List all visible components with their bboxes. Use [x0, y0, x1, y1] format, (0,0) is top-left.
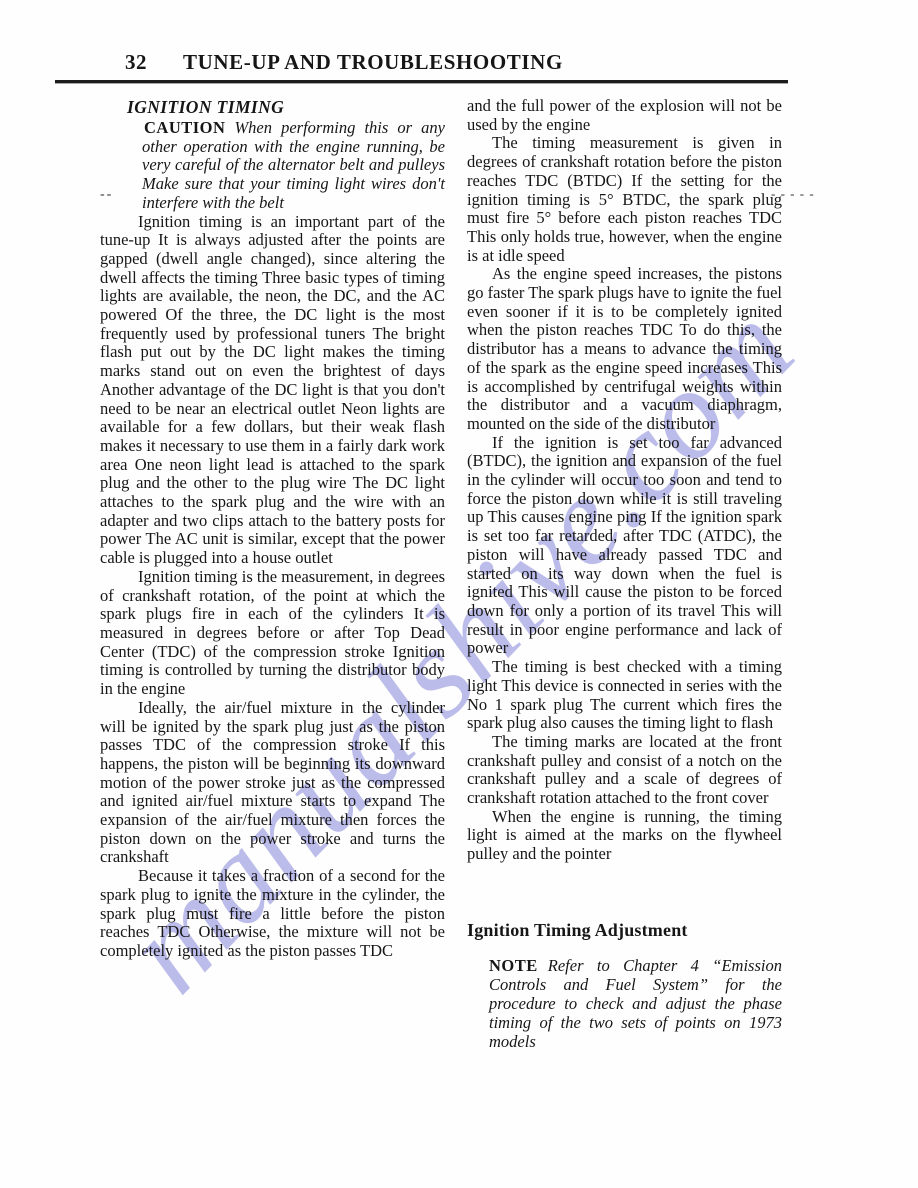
caution-note: CAUTIONWhen performing this or any other… [142, 119, 445, 213]
page-number: 32 [125, 50, 147, 75]
paragraph: Ignition timing is an important part of … [100, 213, 445, 568]
right-column: and the full power of the explosion will… [467, 97, 782, 1051]
chapter-title: TUNE-UP AND TROUBLESHOOTING [183, 50, 563, 75]
paragraph: As the engine speed increases, the pisto… [467, 265, 782, 433]
paragraph: The timing is best checked with a timing… [467, 658, 782, 733]
adjustment-heading: Ignition Timing Adjustment [467, 920, 782, 941]
header-rule [55, 80, 788, 83]
paragraph: Ignition timing is the measurement, in d… [100, 568, 445, 699]
left-column: IGNITION TIMING CAUTIONWhen performing t… [100, 97, 445, 1051]
note-block: NOTERefer to Chapter 4 “Emission Control… [489, 956, 782, 1051]
paragraph: Ideally, the air/fuel mixture in the cyl… [100, 699, 445, 867]
paragraph: If the ignition is set too far advanced … [467, 434, 782, 658]
paragraph: The timing measurement is given in degre… [467, 134, 782, 265]
paragraph: Because it takes a fraction of a second … [100, 867, 445, 961]
two-column-text: IGNITION TIMING CAUTIONWhen performing t… [100, 97, 782, 1051]
paragraph: and the full power of the explosion will… [467, 97, 782, 134]
manual-page: manualshive.com 32 TUNE-UP AND TROUBLESH… [0, 0, 918, 1188]
note-label: NOTE [489, 956, 538, 975]
caution-label: CAUTION [144, 118, 225, 137]
paragraph: When the engine is running, the timing l… [467, 808, 782, 864]
paragraph: The timing marks are located at the fron… [467, 733, 782, 808]
page-header: 32 TUNE-UP AND TROUBLESHOOTING [125, 50, 563, 75]
ignition-timing-heading: IGNITION TIMING [127, 97, 445, 118]
